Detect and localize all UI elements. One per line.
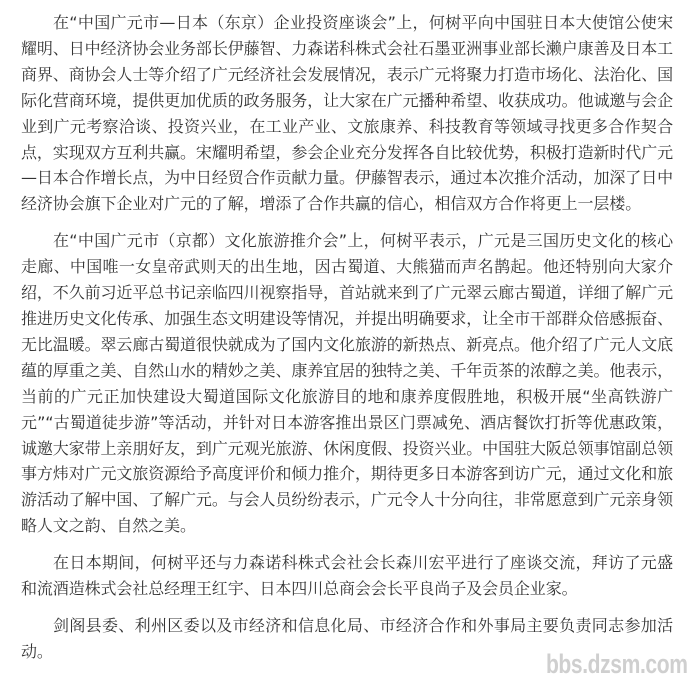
paragraph-japan-visits: 在日本期间，何树平还与力森诺科株式会社会长森川宏平进行了座谈交流，拜访了元盛和流… (21, 550, 673, 602)
paragraph-kyoto-tourism-promotion: 在“中国广元市（京都）文化旅游推介会”上，何树平表示，广元是三国历史文化的核心走… (21, 228, 673, 539)
site-watermark: bbs.dzsm.com (546, 651, 688, 678)
paragraph-tokyo-investment-forum: 在“中国广元市—日本（东京）企业投资座谈会”上，何树平向中国驻日本大使馆公使宋耀… (21, 10, 673, 217)
article-body: 在“中国广元市—日本（东京）企业投资座谈会”上，何树平向中国驻日本大使馆公使宋耀… (21, 10, 673, 676)
